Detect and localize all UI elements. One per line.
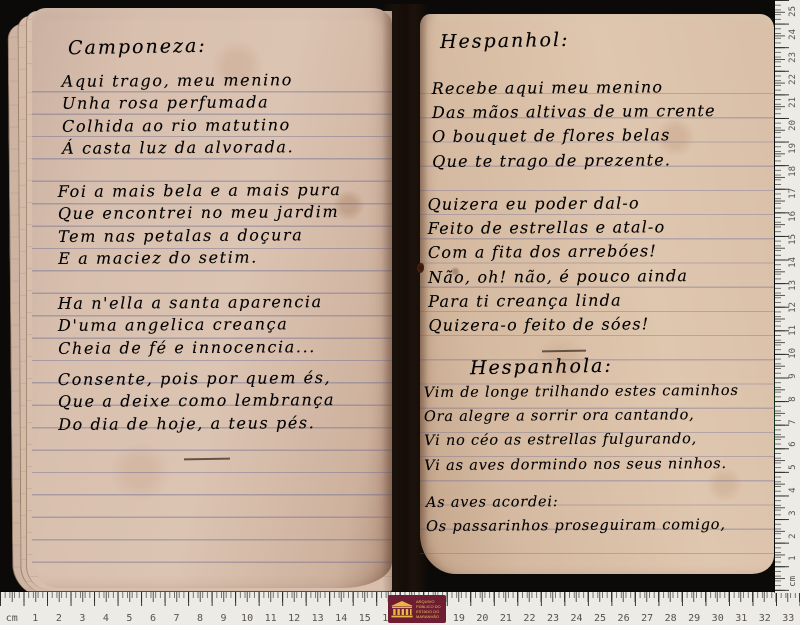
ruler-number: 7 [786,411,800,434]
poem-line: Foi a mais bela e a mais pura [58,179,342,203]
building-icon [390,599,414,619]
ruler-number: 2 [786,525,800,548]
ruler-number: 17 [786,182,800,205]
ruler-number: 6 [141,613,165,624]
end-flourish [542,350,586,353]
ruler-number: 13 [786,274,800,297]
poem-line: Unha rosa perfumada [62,92,294,116]
ruler-number: 26 [612,613,636,624]
ruler-number: 5 [786,456,800,479]
ruler-number: cm [0,613,24,624]
poem-line: Ha n'ella a santa aparencia [58,291,323,315]
left-page-title: Camponeza: [68,35,207,59]
ruler-number: 14 [329,613,353,624]
ruler-number: 8 [188,613,212,624]
ruler-number: 25 [588,613,612,624]
poem-stanza: Quizera eu poder dal-oFeito de estrellas… [427,191,688,338]
side-ruler-numbers: cm12345678910111213141516171819202122232… [786,0,800,593]
ruler-number: 27 [635,613,659,624]
left-page: Camponeza: Aqui trago, meu meninoUnha ro… [32,8,392,588]
ruler-number: 15 [353,613,377,624]
ruler-number: 10 [235,613,259,624]
poem-line: Do dia de hoje, a teus pés. [58,412,335,436]
ruler-number: 15 [786,228,800,251]
poem-line: Aqui trago, meu menino [62,69,294,93]
ruler-number: 9 [786,365,800,388]
ruler-number: 22 [518,613,542,624]
poem-line: Colhida ao rio matutino [62,114,294,138]
ruler-number: 23 [786,46,800,69]
ruler-number: 18 [786,160,800,183]
ruler-number: 3 [786,502,800,525]
right-page-second-title: Hespanhola: [470,355,613,379]
poem-stanza: Recebe aqui meu meninoDas mãos altivas d… [432,75,716,174]
ruler-number: 24 [565,613,589,624]
ruler-number: 24 [786,23,800,46]
archive-stamp: Arquivo Público do Estado do Maranhão [388,595,446,623]
poem-stanza: As aves acordei:Os passarinhos proseguir… [426,489,726,539]
ruler-number: 20 [471,613,495,624]
poem-line: Não, oh! não, é pouco ainda [428,264,688,290]
poem-line: As aves acordei: [426,489,726,515]
ruler-number: 31 [729,613,753,624]
ruler-number: 3 [71,613,95,624]
ruler-number: 16 [786,205,800,228]
poem-line: Com a fita dos arrebóes! [428,239,688,265]
ruler-number: 10 [786,342,800,365]
poem-line: Que a deixe como lembrança [58,389,335,413]
ruler-number: 1 [24,613,48,624]
bottom-ruler: cm12345678910111213141516171819202122232… [0,592,800,625]
side-ruler: cm12345678910111213141516171819202122232… [775,0,800,593]
ruler-number: 32 [753,613,777,624]
ruler-number: 7 [165,613,189,624]
ruler-number: 4 [786,479,800,502]
poem-line: Vi as aves dormindo nos seus ninhos. [424,452,739,478]
end-flourish [184,458,230,461]
poem-line: Que encontrei no meu jardim [58,201,342,225]
archive-stamp-text: Arquivo Público do Estado do Maranhão [416,599,444,619]
poem-line: Quizera eu poder dal-o [427,191,687,217]
ruler-number: 21 [494,613,518,624]
ruler-number: 12 [786,296,800,319]
poem-line: Recebe aqui meu menino [432,75,716,101]
ruler-number: 13 [306,613,330,624]
poem-line: Ora alegre a sorrir ora cantando, [424,403,739,429]
ink-speck [417,263,424,273]
ruler-number: 5 [118,613,142,624]
poem-line: Os passarinhos proseguiram comigo, [426,513,726,539]
ruler-number: 19 [786,137,800,160]
ruler-number: 33 [777,613,800,624]
ruler-number: 1 [786,547,800,570]
poem-line: E a maciez do setim. [58,246,342,270]
ruler-number: 19 [447,613,471,624]
poem-line: Das mãos altivas de um crente [432,99,716,125]
ruler-number: 25 [786,0,800,23]
poem-line: D'uma angelica creança [58,313,323,337]
ruler-number: 30 [706,613,730,624]
ruler-number: 28 [659,613,683,624]
ruler-number: cm [786,570,800,593]
ruler-number: 11 [786,319,800,342]
poem-line: Vim de longe trilhando estes caminhos [424,379,739,405]
poem-stanza: Ha n'ella a santa aparenciaD'uma angelic… [58,291,323,360]
ruler-number: 4 [94,613,118,624]
poem-line: Quizera-o feito de sóes! [428,312,688,338]
right-page: Hespanhol: Recebe aqui meu meninoDas mão… [420,14,774,574]
poem-line: Á casta luz da alvorada. [62,136,294,160]
poem-line: Feito de estrellas e atal-o [428,215,688,241]
poem-line: Cheia de fé e innocencia... [58,336,323,360]
ruler-number: 14 [786,251,800,274]
poem-line: O bouquet de flores belas [432,123,716,149]
ruler-number: 8 [786,388,800,411]
poem-line: Consente, pois por quem és, [58,367,335,391]
ruler-number: 12 [282,613,306,624]
poem-line: Vi no céo as estrellas fulgurando, [424,427,739,453]
ruler-number: 22 [786,68,800,91]
poem-line: Para ti creança linda [428,288,688,314]
poem-stanza: Aqui trago, meu meninoUnha rosa perfumad… [62,69,295,160]
poem-stanza: Foi a mais bela e a mais puraQue encontr… [58,179,342,271]
ruler-number: 29 [682,613,706,624]
ruler-number: 6 [786,433,800,456]
ruler-number: 11 [259,613,283,624]
poem-stanza: Consente, pois por quem és,Que a deixe c… [58,367,336,436]
poem-line: Que te trago de prezente. [432,148,716,174]
right-page-title: Hespanhol: [440,29,570,53]
ruler-number: 23 [541,613,565,624]
ruler-number: 21 [786,91,800,114]
poem-stanza: Vim de longe trilhando estes caminhosOra… [424,379,740,478]
ruler-number: 2 [47,613,71,624]
poem-line: Tem nas petalas a doçura [58,224,342,248]
ruler-number: 9 [212,613,236,624]
ruler-number: 20 [786,114,800,137]
